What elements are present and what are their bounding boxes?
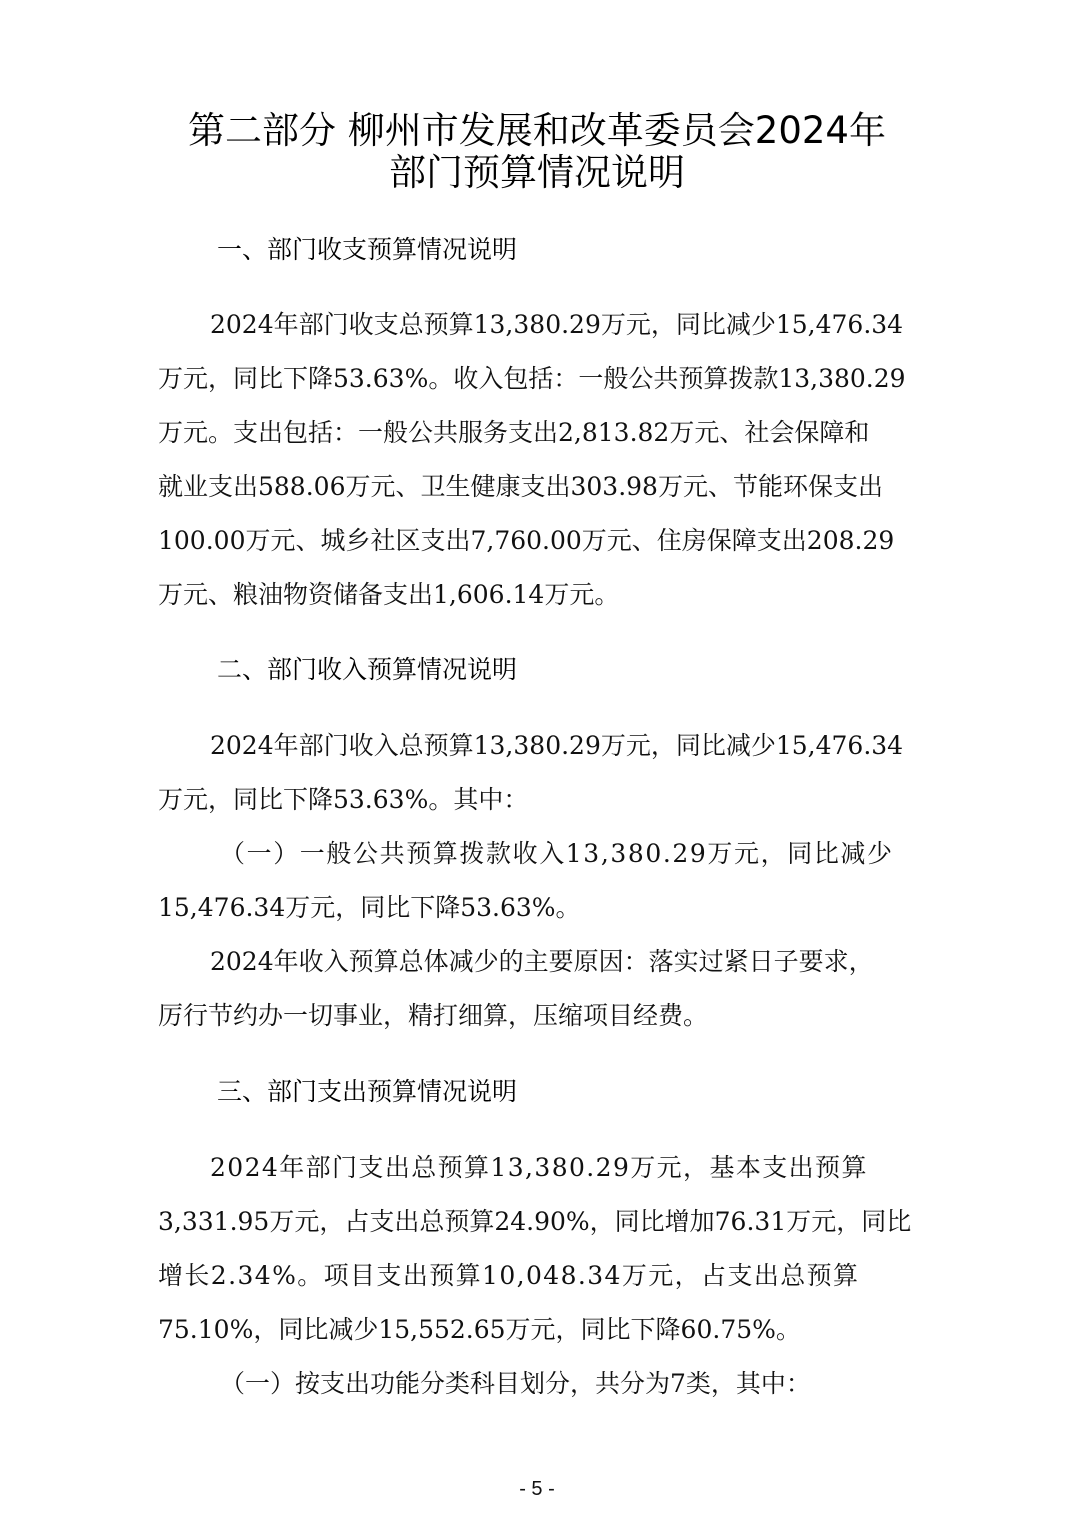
page-title-line-2: 部门预算情况说明 bbox=[0, 150, 1074, 196]
text-line: 万元，同比下降53.63%。收入包括：一般公共预算拨款13,380.29 bbox=[158, 352, 930, 406]
text-line: 75.10%，同比减少15,552.65万元，同比下降60.75%。 bbox=[158, 1303, 930, 1357]
text-line: 3,331.95万元，占支出总预算24.90%，同比增加76.31万元，同比 bbox=[158, 1195, 930, 1249]
section-3-paragraph-1: 2024年部门支出总预算13,380.29万元，基本支出预算 3,331.95万… bbox=[158, 1141, 930, 1357]
text-line: 15,476.34万元，同比下降53.63%。 bbox=[158, 881, 930, 935]
section-2-paragraph-1: 2024年部门收入总预算13,380.29万元，同比减少15,476.34 万元… bbox=[158, 719, 930, 827]
section-heading-1: 一、部门收支预算情况说明 bbox=[217, 234, 517, 266]
section-2-paragraph-2: （一）一般公共预算拨款收入13,380.29万元，同比减少 15,476.34万… bbox=[158, 827, 930, 935]
text-line: （一）按支出功能分类科目划分，共分为7类，其中： bbox=[158, 1357, 930, 1411]
text-line: 万元、粮油物资储备支出1,606.14万元。 bbox=[158, 568, 930, 622]
section-1-paragraph-1: 2024年部门收支总预算13,380.29万元，同比减少15,476.34 万元… bbox=[158, 298, 930, 622]
text-line: 增长2.34%。项目支出预算10,048.34万元，占支出总预算 bbox=[158, 1249, 930, 1303]
text-line: 100.00万元、城乡社区支出7,760.00万元、住房保障支出208.29 bbox=[158, 514, 930, 568]
text-line: 万元。支出包括：一般公共服务支出2,813.82万元、社会保障和 bbox=[158, 406, 930, 460]
page-title-line-1: 第二部分 柳州市发展和改革委员会2024年 bbox=[0, 108, 1074, 154]
section-2-paragraph-3: 2024年收入预算总体减少的主要原因：落实过紧日子要求， 厉行节约办一切事业，精… bbox=[158, 935, 930, 1043]
page-number: - 5 - bbox=[0, 1478, 1074, 1501]
section-heading-2: 二、部门收入预算情况说明 bbox=[217, 654, 517, 686]
text-line: 2024年部门收支总预算13,380.29万元，同比减少15,476.34 bbox=[158, 298, 930, 352]
text-line: 万元，同比下降53.63%。其中： bbox=[158, 773, 930, 827]
section-heading-3: 三、部门支出预算情况说明 bbox=[217, 1076, 517, 1108]
section-3-paragraph-2: （一）按支出功能分类科目划分，共分为7类，其中： bbox=[158, 1357, 930, 1411]
text-line: 2024年部门收入总预算13,380.29万元，同比减少15,476.34 bbox=[158, 719, 930, 773]
text-line: 就业支出588.06万元、卫生健康支出303.98万元、节能环保支出 bbox=[158, 460, 930, 514]
text-line: 2024年收入预算总体减少的主要原因：落实过紧日子要求， bbox=[158, 935, 930, 989]
text-line: 厉行节约办一切事业，精打细算，压缩项目经费。 bbox=[158, 989, 930, 1043]
text-line: （一）一般公共预算拨款收入13,380.29万元，同比减少 bbox=[158, 827, 930, 881]
text-line: 2024年部门支出总预算13,380.29万元，基本支出预算 bbox=[158, 1141, 930, 1195]
